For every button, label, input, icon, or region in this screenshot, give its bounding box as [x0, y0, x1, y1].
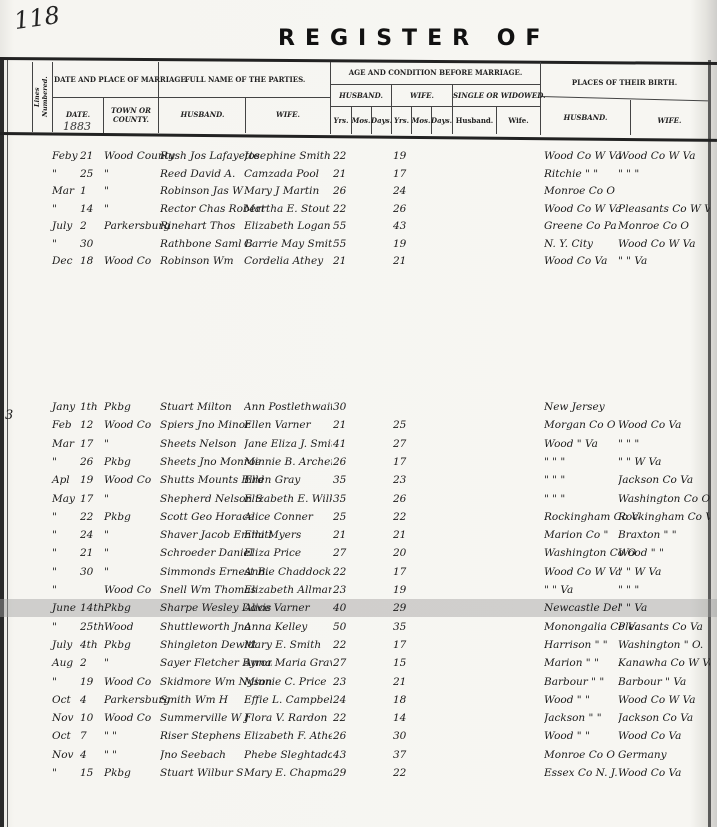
entry-month: " — [52, 621, 76, 633]
register-entry-row[interactable]: " 26 Pkbg Sheets Jno Monroe Minnie B. Ar… — [0, 456, 717, 473]
entry-day: 30 — [80, 566, 106, 578]
entry-day: 21 — [80, 547, 106, 559]
entry-wife-name: Minnie C. Price — [244, 676, 332, 688]
entry-town: Wood County — [104, 150, 164, 162]
register-entry-row[interactable]: Nov 10 Wood Co Summerville W J Flora V. … — [0, 712, 717, 729]
register-entry-row[interactable]: " Wood Co Snell Wm Thomas Elizabeth Allm… — [0, 584, 717, 601]
entry-month: Dec — [52, 255, 76, 267]
entry-wife-name: Ellen Varner — [244, 419, 332, 431]
entry-wife-birthplace: Pleasants Co Va — [618, 621, 710, 633]
register-entry-row[interactable]: " 30 " Simmonds Ernest B. Annie Chaddock… — [0, 566, 717, 583]
register-entry-row[interactable]: " 30 Rathbone Saml B Carrie May Smith 55… — [0, 238, 717, 255]
entry-day: 4 — [80, 694, 106, 706]
entry-wife-birthplace: Jackson Co Va — [618, 712, 710, 724]
entry-husband-age: 29 — [333, 767, 353, 779]
entry-wife-name: Alice Varner — [244, 602, 332, 614]
entry-month: Apl — [52, 474, 76, 486]
entry-day: 1 — [80, 185, 106, 197]
row-divider — [330, 106, 540, 107]
register-entry-row[interactable]: Nov 4 " " Jno Seebach Phebe Sleghtadder … — [0, 749, 717, 766]
entry-husband-age: 24 — [333, 694, 353, 706]
entry-day: 25 — [80, 168, 106, 180]
entry-wife-age: 15 — [393, 657, 413, 669]
register-entry-row[interactable]: " 15 Pkbg Stuart Wilbur S Mary E. Chapma… — [0, 767, 717, 784]
entry-wife-age: 17 — [393, 566, 413, 578]
entry-month: " — [52, 767, 76, 779]
row-divider — [330, 84, 540, 85]
header-town-county: TOWN OR COUNTY. — [104, 106, 158, 124]
entry-wife-name: Elizabeth E. Wilkes — [244, 493, 332, 505]
entry-month: Mar — [52, 438, 76, 450]
header-name-wife: WIFE. — [246, 110, 330, 119]
entry-wife-birthplace: Jackson Co Va — [618, 474, 710, 486]
header-w-mos: Mos. — [411, 116, 431, 125]
entry-wife-birthplace: Wood Co Va — [618, 419, 710, 431]
entry-day: 24 — [80, 529, 106, 541]
entry-wife-name: Anna Kelley — [244, 621, 332, 633]
entry-month: Oct — [52, 730, 76, 742]
entry-wife-name: Flora V. Rardon — [244, 712, 332, 724]
entry-husband-age: 27 — [333, 547, 353, 559]
entry-wife-birthplace: Wood Co W Va — [618, 694, 710, 706]
header-birth-husband: HUSBAND. — [541, 113, 630, 122]
entry-town: " — [104, 657, 164, 669]
entry-day: 17 — [80, 438, 106, 450]
header-single-widowed: SINGLE or WIDOWED. — [453, 91, 540, 100]
entry-wife-age: 30 — [393, 730, 413, 742]
entry-husband-age: 50 — [333, 621, 353, 633]
entry-town: " — [104, 185, 164, 197]
entry-husband-age: 26 — [333, 185, 353, 197]
entry-town: " " — [104, 730, 164, 742]
entry-wife-age: 22 — [393, 767, 413, 779]
entry-month: June — [52, 602, 76, 614]
entry-wife-name: Mary J Martin — [244, 185, 332, 197]
register-entry-row[interactable]: May 17 " Shepherd Nelson S Elizabeth E. … — [0, 493, 717, 510]
entry-day: 4th — [80, 639, 106, 651]
entry-wife-age: 20 — [393, 547, 413, 559]
entry-town: " — [104, 438, 164, 450]
entry-wife-age: 22 — [393, 511, 413, 523]
entry-wife-name: Ella Myers — [244, 529, 332, 541]
entry-husband-age: 26 — [333, 456, 353, 468]
row-divider — [540, 96, 708, 101]
header-h-mos: Mos. — [351, 116, 371, 125]
entry-husband-age: 30 — [333, 401, 353, 413]
register-entry-row[interactable]: July 2 Parkersburg Rinehart Thos Elizabe… — [0, 220, 717, 237]
entry-day: 19 — [80, 676, 106, 688]
entry-husband-age: 22 — [333, 150, 353, 162]
entry-month: " — [52, 168, 76, 180]
entry-town: Pkbg — [104, 456, 164, 468]
entry-month: " — [52, 203, 76, 215]
entry-husband-age: 26 — [333, 730, 353, 742]
header-bottom-rule — [0, 132, 717, 142]
entry-husband-age: 22 — [333, 639, 353, 651]
header-h-days: Days. — [371, 116, 391, 125]
entry-wife-age: 14 — [393, 712, 413, 724]
entry-town: Wood Co — [104, 474, 164, 486]
entry-day: 14th — [80, 602, 106, 614]
entry-wife-age: 26 — [393, 203, 413, 215]
entry-wife-birthplace: " " " — [618, 168, 710, 180]
register-entry-row[interactable]: " 25 " Reed David A. Camzada Pool 21 17 … — [0, 168, 717, 185]
entry-husband-age: 21 — [333, 168, 353, 180]
entry-wife-age: 29 — [393, 602, 413, 614]
entry-month: " — [52, 511, 76, 523]
header-date: DATE. — [56, 110, 100, 119]
entry-town: Pkbg — [104, 639, 164, 651]
register-year: 1883 — [63, 120, 91, 133]
entry-day: 19 — [80, 474, 106, 486]
entry-wife-name: Phebe Sleghtadder — [244, 749, 332, 761]
entry-husband-age: 40 — [333, 602, 353, 614]
header-sw-husband: Husband. — [453, 116, 496, 125]
entry-day: 18 — [80, 255, 106, 267]
entry-town: Parkersburg — [104, 694, 164, 706]
entry-wife-name: Camzada Pool — [244, 168, 332, 180]
entry-day: 25th — [80, 621, 106, 633]
entry-wife-age: 43 — [393, 220, 413, 232]
entry-month: Nov — [52, 749, 76, 761]
entry-wife-age: 25 — [393, 419, 413, 431]
register-entry-row[interactable]: Oct 4 Parkersburg Smith Wm H Effie L. Ca… — [0, 694, 717, 711]
entry-wife-name: Ellen Gray — [244, 474, 332, 486]
entry-husband-birthplace: New Jersey — [544, 401, 639, 413]
entry-day: 22 — [80, 511, 106, 523]
register-entry-row[interactable]: Apl 19 Wood Co Shutts Mounts Bird Ellen … — [0, 474, 717, 491]
entry-month: " — [52, 584, 76, 596]
entry-town: Pkbg — [104, 602, 164, 614]
entry-town: Wood Co — [104, 676, 164, 688]
entry-husband-age: 21 — [333, 419, 353, 431]
entry-wife-birthplace: Wood Co Va — [618, 730, 710, 742]
entry-wife-age: 23 — [393, 474, 413, 486]
header-w-yrs: Yrs. — [392, 116, 411, 125]
header-birth-wife: WIFE. — [631, 116, 708, 125]
entry-wife-age: 21 — [393, 529, 413, 541]
register-entry-row[interactable]: Dec 18 Wood Co Robinson Wm Cordelia Athe… — [0, 255, 717, 272]
entry-wife-age: 24 — [393, 185, 413, 197]
header-date-place: DATE AND PLACE OF MARRIAGE. — [54, 75, 156, 84]
entry-wife-name: Ann Postlethwaite — [244, 401, 332, 413]
entry-wife-name: Martha E. Stout — [244, 203, 332, 215]
entry-husband-age: 22 — [333, 712, 353, 724]
entry-wife-age: 19 — [393, 150, 413, 162]
entry-month: Jany — [52, 401, 76, 413]
entry-day: 2 — [80, 657, 106, 669]
entry-wife-birthplace: Rockingham Co Va — [618, 511, 710, 523]
entry-month: Oct — [52, 694, 76, 706]
entry-wife-name: Effie L. Campbell — [244, 694, 332, 706]
entry-husband-birthplace: Monroe Co O — [544, 185, 639, 197]
entry-husband-age: 23 — [333, 676, 353, 688]
entry-wife-birthplace: Braxton " " — [618, 529, 710, 541]
register-entry-row[interactable]: Feby 21 Wood County Rush Jos Lafayette J… — [0, 150, 717, 167]
entry-wife-birthplace: Germany — [618, 749, 710, 761]
header-h-yrs: Yrs. — [331, 116, 351, 125]
entry-day: 30 — [80, 238, 106, 250]
entry-month: " — [52, 676, 76, 688]
entry-husband-age: 25 — [333, 511, 353, 523]
entry-day: 1th — [80, 401, 106, 413]
entry-wife-name: Eliza Price — [244, 547, 332, 559]
header-name-husband: HUSBAND. — [160, 110, 245, 119]
entry-town: " — [104, 566, 164, 578]
entry-month: July — [52, 220, 76, 232]
entry-wife-name: Annie Chaddock — [244, 566, 332, 578]
entry-wife-name: Mary E. Chapman — [244, 767, 332, 779]
entry-town: Pkbg — [104, 511, 164, 523]
register-entry-row[interactable]: Mar 1 " Robinson Jas W Mary J Martin 26 … — [0, 185, 717, 202]
entry-wife-name: Jane Eliza J. Smith — [244, 438, 332, 450]
entry-wife-name: Cordelia Athey — [244, 255, 332, 267]
entry-month: July — [52, 639, 76, 651]
entry-wife-age: 37 — [393, 749, 413, 761]
entry-wife-name: Elizabeth Allman — [244, 584, 332, 596]
entry-day: 2 — [80, 220, 106, 232]
entry-month: Mar — [52, 185, 76, 197]
entry-wife-age: 27 — [393, 438, 413, 450]
header-full-name: FULL NAME OF THE PARTIES. — [160, 75, 330, 84]
register-entry-row[interactable]: Feb 12 Wood Co Spiers Jno Minor Ellen Va… — [0, 419, 717, 436]
entry-day: 10 — [80, 712, 106, 724]
entry-wife-birthplace: Wood " " — [618, 547, 710, 559]
entry-husband-age: 23 — [333, 584, 353, 596]
entry-wife-birthplace: Wood Co Va — [618, 767, 710, 779]
entry-wife-age: 17 — [393, 168, 413, 180]
entry-wife-birthplace: Barbour " Va — [618, 676, 710, 688]
page-title: REGISTER OF — [278, 26, 550, 51]
entry-wife-age: 19 — [393, 584, 413, 596]
register-entry-row[interactable]: Aug 2 " Sayer Fletcher Byron Anna Maria … — [0, 657, 717, 674]
row-divider — [52, 97, 330, 98]
entry-town: Wood Co — [104, 419, 164, 431]
entry-month: " — [52, 456, 76, 468]
register-entry-row[interactable]: Mar 17 " Sheets Nelson Jane Eliza J. Smi… — [0, 438, 717, 455]
entry-wife-age: 17 — [393, 456, 413, 468]
entry-wife-birthplace: Washington " O. — [618, 639, 710, 651]
entry-wife-age: 19 — [393, 238, 413, 250]
entry-town: " — [104, 529, 164, 541]
register-entry-row[interactable]: June 14th Pkbg Sharpe Wesley Davis Alice… — [0, 602, 717, 619]
entry-month: " — [52, 529, 76, 541]
register-entry-row[interactable]: " 14 " Rector Chas Robert Martha E. Stou… — [0, 203, 717, 220]
entry-wife-name: Minnie B. Archer — [244, 456, 332, 468]
entry-day: 15 — [80, 767, 106, 779]
entry-husband-age: 22 — [333, 203, 353, 215]
header-places-birth: PLACES OF THEIR BIRTH. — [541, 78, 708, 87]
entry-wife-birthplace: Wood Co W Va — [618, 150, 710, 162]
register-page: 118 REGISTER OF Lines Numbered. DATE AND… — [0, 0, 717, 827]
entry-town: Parkersburg — [104, 220, 164, 232]
entry-town: Wood Co — [104, 584, 164, 596]
header-lines-numbered: Lines Numbered. — [33, 72, 47, 122]
entry-month: May — [52, 493, 76, 505]
entry-husband-age: 35 — [333, 493, 353, 505]
register-entry-row[interactable]: " 21 " Schroeder Daniel Eliza Price 27 2… — [0, 547, 717, 564]
register-entry-row[interactable]: " 24 " Shaver Jacob Emmitt Ella Myers 21… — [0, 529, 717, 546]
entry-day: 4 — [80, 749, 106, 761]
register-entry-row[interactable]: " 19 Wood Co Skidmore Wm Nyson Minnie C.… — [0, 676, 717, 693]
entry-wife-age: 35 — [393, 621, 413, 633]
entry-town: Wood Co — [104, 712, 164, 724]
entry-wife-age: 17 — [393, 639, 413, 651]
entry-wife-birthplace: " " " — [618, 584, 710, 596]
register-entry-row[interactable]: " 25th Wood Shuttleworth Jno Anna Kelley… — [0, 621, 717, 638]
entry-day: 12 — [80, 419, 106, 431]
entry-wife-name: Josephine Smith — [244, 150, 332, 162]
header-sw-wife: Wife. — [497, 116, 540, 125]
entry-town: " — [104, 493, 164, 505]
entry-husband-age: 55 — [333, 238, 353, 250]
entry-month: " — [52, 238, 76, 250]
entry-wife-birthplace: " " Va — [618, 255, 710, 267]
page-number: 118 — [12, 1, 61, 35]
entry-wife-name: Anna Maria Gravitt — [244, 657, 332, 669]
entry-month: Feb — [52, 419, 76, 431]
header-age-husband: HUSBAND. — [331, 91, 391, 100]
entry-wife-name: Mary E. Smith — [244, 639, 332, 651]
entry-town: Wood — [104, 621, 164, 633]
entry-wife-birthplace: " " W Va — [618, 456, 710, 468]
entry-wife-birthplace: Washington Co O — [618, 493, 710, 505]
entry-wife-name: Alice Conner — [244, 511, 332, 523]
entry-wife-birthplace: " " " — [618, 438, 710, 450]
register-entry-row[interactable]: " 22 Pkbg Scott Geo Horace Alice Conner … — [0, 511, 717, 528]
entry-wife-birthplace: Kanawha Co W Va — [618, 657, 710, 669]
header-top-rule — [0, 57, 717, 65]
entry-month: Feby — [52, 150, 76, 162]
entry-town: " — [104, 168, 164, 180]
entry-day: 21 — [80, 150, 106, 162]
entry-month: " — [52, 547, 76, 559]
entry-month: Nov — [52, 712, 76, 724]
entry-day: 14 — [80, 203, 106, 215]
register-entry-row[interactable]: July 4th Pkbg Shingleton Dewitt Mary E. … — [0, 639, 717, 656]
entry-husband-age: 27 — [333, 657, 353, 669]
entry-day: 17 — [80, 493, 106, 505]
header-age-wife: WIFE. — [392, 91, 452, 100]
entry-husband-age: 43 — [333, 749, 353, 761]
entry-town: " — [104, 547, 164, 559]
register-entry-row[interactable]: Oct 7 " " Riser Stephens Elizabeth F. At… — [0, 730, 717, 747]
entry-day: 7 — [80, 730, 106, 742]
entry-wife-name: Elizabeth F. Athey — [244, 730, 332, 742]
entry-wife-name: Carrie May Smith — [244, 238, 332, 250]
entry-wife-birthplace: Wood Co W Va — [618, 238, 710, 250]
header-age-condition: AGE AND CONDITION BEFORE MARRIAGE. — [331, 68, 540, 77]
entry-town: Pkbg — [104, 767, 164, 779]
entry-husband-age: 21 — [333, 529, 353, 541]
entry-wife-age: 26 — [393, 493, 413, 505]
entry-wife-age: 18 — [393, 694, 413, 706]
register-entry-row[interactable]: Jany 1th Pkbg Stuart Milton Ann Postleth… — [0, 401, 717, 418]
entry-town: Pkbg — [104, 401, 164, 413]
entry-wife-age: 21 — [393, 676, 413, 688]
entry-day: 26 — [80, 456, 106, 468]
entry-husband-age: 21 — [333, 255, 353, 267]
entry-husband-age: 41 — [333, 438, 353, 450]
entry-wife-age: 21 — [393, 255, 413, 267]
entry-husband-age: 55 — [333, 220, 353, 232]
entry-town: " — [104, 203, 164, 215]
entry-wife-name: Elizabeth Logan — [244, 220, 332, 232]
entry-wife-birthplace: " " W Va — [618, 566, 710, 578]
entry-town: Wood Co — [104, 255, 164, 267]
entry-month: Aug — [52, 657, 76, 669]
entry-town: " " — [104, 749, 164, 761]
entry-husband-age: 22 — [333, 566, 353, 578]
entry-husband-age: 35 — [333, 474, 353, 486]
entry-wife-birthplace: Monroe Co O — [618, 220, 710, 232]
entry-wife-birthplace: Pleasants Co W Va — [618, 203, 710, 215]
header-w-days: Days. — [431, 116, 452, 125]
entry-month: " — [52, 566, 76, 578]
entry-wife-birthplace: " " Va — [618, 602, 710, 614]
